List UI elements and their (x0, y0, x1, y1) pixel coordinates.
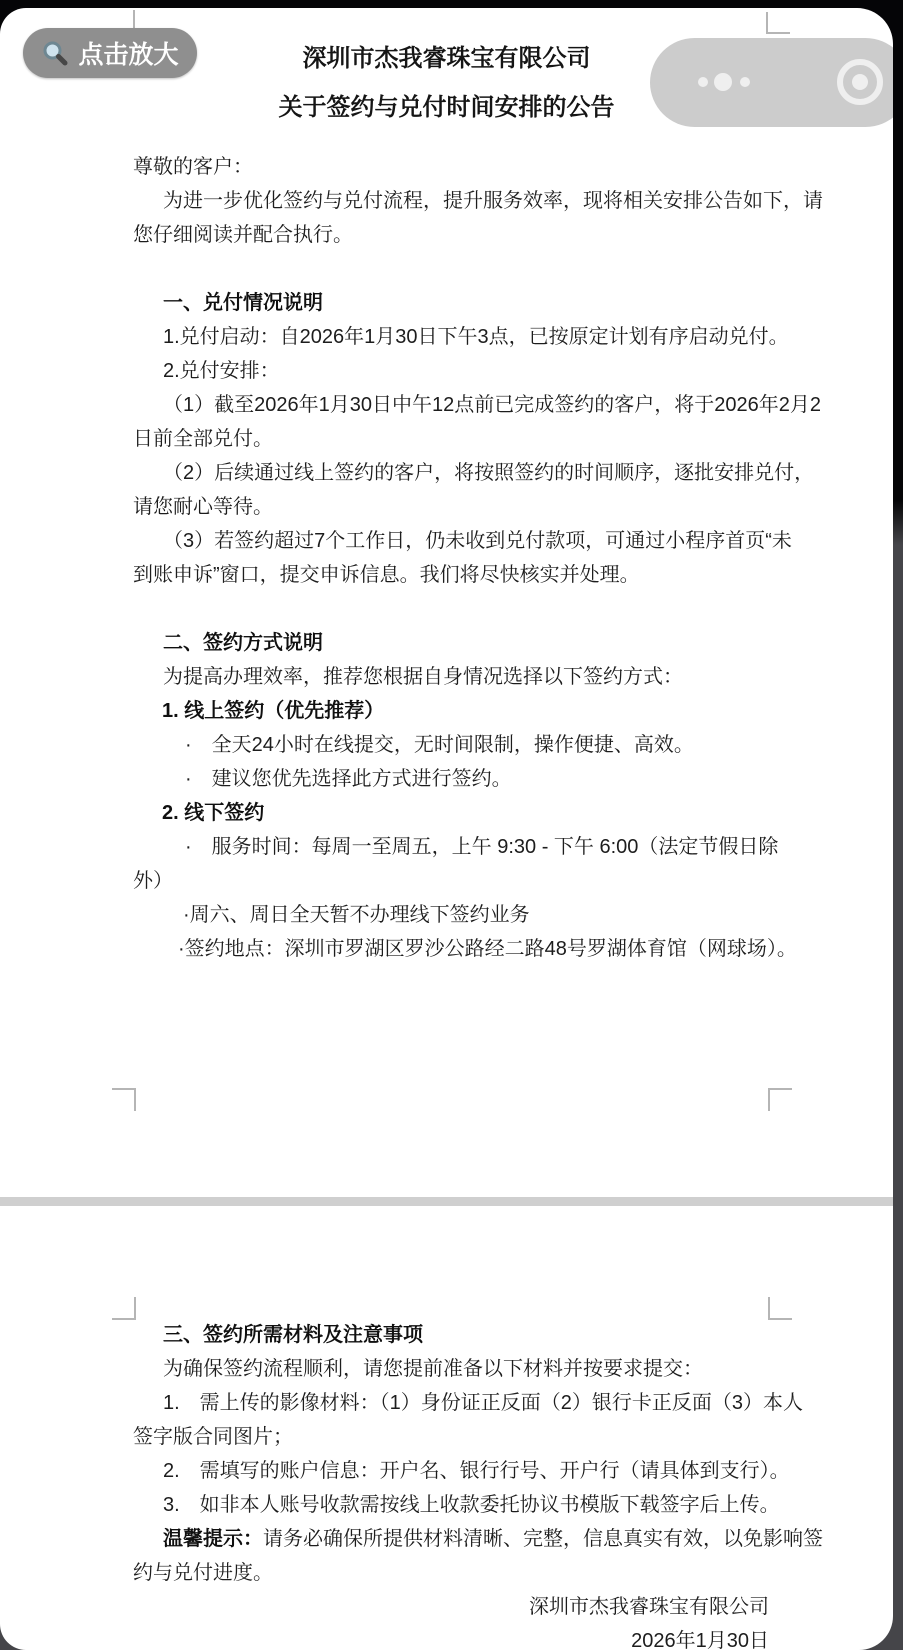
section1-item: 2.兑付安排： (0, 354, 893, 388)
notice-line: 约与兑付进度。 (0, 1556, 893, 1590)
online-sign-bullet: · 建议您优先选择此方式进行签约。 (0, 762, 893, 796)
miniprogram-capsule (650, 38, 893, 127)
signature-company: 深圳市杰我睿珠宝有限公司 (0, 1590, 893, 1624)
more-dot (740, 77, 750, 87)
weekend-bullet: ·周六、周日全天暂不办理线下签约业务 (0, 898, 893, 932)
offline-hours-bullet: · 服务时间：每周一至周五，上午 9:30 - 下午 6:00（法定节假日除 (0, 830, 893, 864)
more-dot (698, 77, 708, 87)
document-card: 深圳市杰我睿珠宝有限公司 关于签约与兑付时间安排的公告 点击放大 尊敬的客户： … (0, 8, 893, 1650)
more-dot (714, 73, 732, 91)
salutation-line: 尊敬的客户： (0, 150, 893, 184)
section2-intro: 为提高办理效率，推荐您根据自身情况选择以下签约方式： (0, 660, 893, 694)
section3-intro: 为确保签约流程顺利，请您提前准备以下材料并按要求提交： (0, 1352, 893, 1386)
section2-heading: 二、签约方式说明 (0, 626, 893, 660)
page1-bottom-left-crop-mark (112, 1088, 136, 1090)
page2-top-right-crop-mark (768, 1297, 770, 1320)
notice-line: 温馨提示：请务必确保所提供材料清晰、完整，信息真实有效，以免影响签 (0, 1522, 893, 1556)
record-circle-icon[interactable] (837, 59, 883, 105)
offline-sign-subhead: 2. 线下签约 (0, 796, 893, 830)
notice-text: 请务必确保所提供材料清晰、完整，信息真实有效，以免影响签 (263, 1528, 823, 1550)
magnifier-icon (41, 39, 69, 67)
section1-item: 1.兑付启动：自2026年1月30日下午3点，已按原定计划有序启动兑付。 (0, 320, 893, 354)
page1-top-right-crop-mark (766, 12, 768, 34)
online-sign-subhead: 1. 线上签约（优先推荐） (0, 694, 893, 728)
section3-item: 签字版合同图片； (0, 1420, 893, 1454)
section3-item: 3. 如非本人账号收款需按线上收款委托协议书模版下载签字后上传。 (0, 1488, 893, 1522)
offline-hours-bullet: 外） (0, 864, 893, 898)
intro-line: 您仔细阅读并配合执行。 (0, 218, 893, 252)
section1-subitem: 请您耐心等待。 (0, 490, 893, 524)
section1-subitem: 日前全部兑付。 (0, 422, 893, 456)
record-circle-dot (852, 74, 868, 90)
zoom-in-button[interactable]: 点击放大 (23, 28, 197, 78)
page1-bottom-right-crop-mark (768, 1088, 770, 1111)
section1-heading: 一、兑付情况说明 (0, 286, 893, 320)
section1-subitem: （3）若签约超过7个工作日，仍未收到兑付款项，可通过小程序首页“未 (0, 524, 893, 558)
section1-subitem: （2）后续通过线上签约的客户，将按照签约的时间顺序，逐批安排兑付， (0, 456, 893, 490)
page1-bottom-left-crop-mark (134, 1088, 136, 1111)
page2-text: 三、签约所需材料及注意事项 为确保签约流程顺利，请您提前准备以下材料并按要求提交… (0, 1318, 893, 1650)
section3-heading: 三、签约所需材料及注意事项 (0, 1318, 893, 1352)
section1-subitem: （1）截至2026年1月30日中午12点前已完成签约的客户，将于2026年2月2 (0, 388, 893, 422)
page1-bottom-right-crop-mark (768, 1088, 792, 1090)
notice-label: 温馨提示： (163, 1528, 263, 1550)
section3-item: 2. 需填写的账户信息：开户名、银行行号、开户行（请具体到支行）。 (0, 1454, 893, 1488)
page-divider (0, 1197, 893, 1206)
online-sign-bullet: · 全天24小时在线提交，无时间限制，操作便捷、高效。 (0, 728, 893, 762)
intro-line: 为进一步优化签约与兑付流程，提升服务效率，现将相关安排公告如下，请 (0, 184, 893, 218)
mini-program-screen: { "header": { "zoom_button_label": "点击放大… (0, 0, 903, 1650)
section3-item: 1. 需上传的影像材料：（1）身份证正反面（2）银行卡正反面（3）本人 (0, 1386, 893, 1420)
signature-date: 2026年1月30日 (0, 1624, 893, 1650)
page1-text: 尊敬的客户： 为进一步优化签约与兑付流程，提升服务效率，现将相关安排公告如下，请… (0, 150, 893, 966)
page2-top-left-crop-mark (134, 1297, 136, 1320)
section1-subitem: 到账申诉”窗口，提交申诉信息。我们将尽快核实并处理。 (0, 558, 893, 592)
address-bullet: ·签约地点：深圳市罗湖区罗沙公路经二路48号罗湖体育馆（网球场）。 (0, 932, 893, 966)
zoom-button-label: 点击放大 (78, 35, 178, 71)
